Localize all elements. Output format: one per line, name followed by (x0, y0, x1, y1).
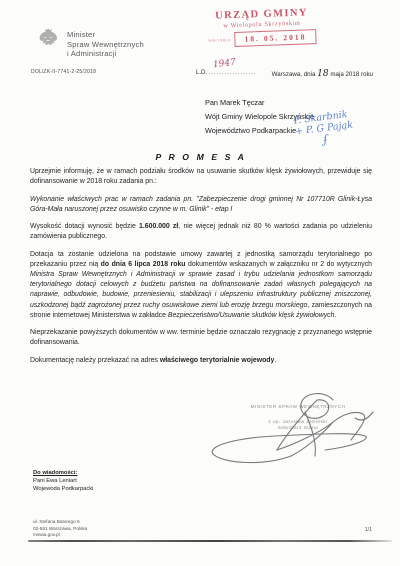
ministry-name-line: Minister (67, 30, 144, 40)
footer-address: ul. Stefana Batorego 5 02-591 Warszawa, … (33, 519, 87, 539)
dateline-prefix: Warszawa, dnia (272, 71, 318, 78)
stamp-received-label: WPŁYNĘŁO (208, 38, 230, 43)
body-paragraph: Uprzejmie informuję, że w ramach podział… (30, 167, 372, 187)
stamp-date-box: 18. 05. 2018 (234, 29, 316, 47)
dateline-suffix: maja 2018 roku (329, 71, 373, 78)
handwritten-day: 18 (317, 69, 328, 79)
dateline: Warszawa, dnia 18 maja 2018 roku (272, 69, 373, 79)
letterhead: Minister Spraw Wewnętrznych i Administra… (36, 27, 144, 59)
cc-line: Pani Ewa Leniart (33, 477, 93, 485)
ld-label: L.D. (196, 70, 207, 76)
body-paragraph: Nieprzekazanie powyższych dokumentów w w… (30, 328, 372, 348)
coat-of-arms-eagle-icon (36, 27, 60, 53)
received-stamp: URZĄD GMINY w Wielopolu Skrzyńskim WPŁYN… (195, 7, 328, 49)
letter-body: Uprzejmie informuję, że w ramach podział… (30, 167, 372, 374)
body-paragraph: Dotacja ta zostanie udzielona na podstaw… (30, 250, 372, 321)
cc-heading: Do wiadomości: (33, 469, 93, 477)
body-paragraph: Wysokość dotacji wynosić będzie 1.600.00… (30, 222, 372, 242)
ld-number-handwritten: 1947 (212, 58, 236, 71)
signature-block: MINISTER SPRAW WEWNĘTRZNYCH z up. Jarosł… (205, 398, 385, 478)
document-title: P R O M E S A (30, 152, 372, 162)
recipient-name: Pan Marek Tęczar (205, 96, 314, 110)
footer-website: mswia.gov.pl (33, 532, 87, 539)
ministry-name: Minister Spraw Wewnętrznych i Administra… (67, 27, 144, 59)
handwritten-note: P. Skarbnik + P. G Pająk ʄ (293, 109, 355, 149)
ministry-name-line: Spraw Wewnętrznych (67, 40, 144, 50)
page-number: 1/1 (365, 527, 372, 533)
ministry-name-line: i Administracji (67, 49, 144, 59)
cc-line: Wojewoda Podkarpacki (33, 485, 93, 493)
reference-number: DOLiZK-II-7741-2-25/2018 (31, 69, 96, 75)
cc-block: Do wiadomości: Pani Ewa Leniart Wojewoda… (33, 469, 93, 493)
body-paragraph: Dokumentację należy przekazać na adres w… (30, 356, 372, 366)
ld-dots: .................. (209, 70, 257, 76)
scan-artifact-line (28, 540, 392, 542)
footer-address-line: 02-591 Warszawa, Polska (33, 526, 87, 533)
footer-address-line: ul. Stefana Batorego 5 (33, 519, 87, 526)
body-paragraph-task-name: Wykonanie właściwych prac w ramach zadan… (30, 195, 372, 215)
document-page: Minister Spraw Wewnętrznych i Administra… (0, 0, 400, 566)
signature-scribble (205, 392, 390, 477)
ld-line: L.D. .................. (196, 70, 257, 76)
